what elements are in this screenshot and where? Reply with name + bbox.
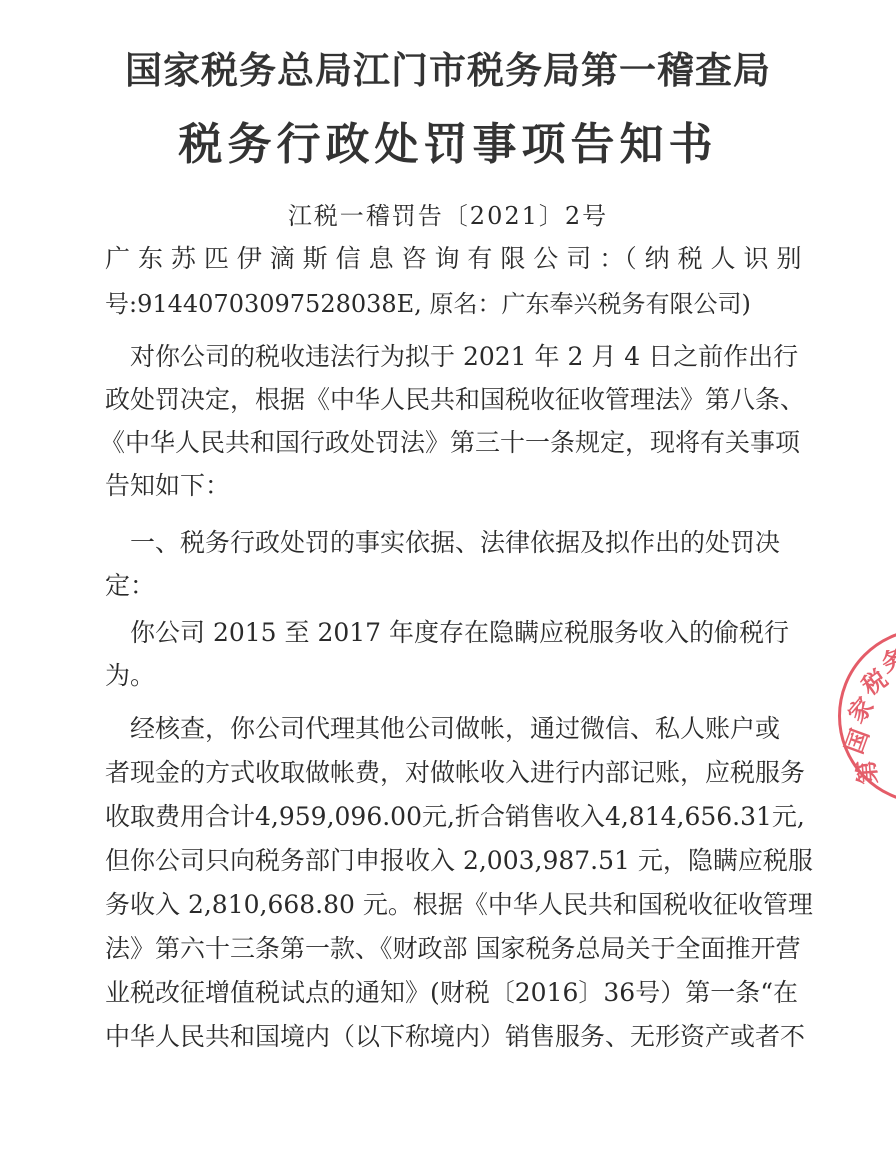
stamp-char: 国	[834, 723, 875, 758]
body-line: 政处罚决定，根据《中华人民共和国税收征收管理法》第八条、	[105, 385, 795, 415]
body-line: 《中华人民共和国行政处罚法》第三十一条规定，现将有关事项	[100, 428, 790, 458]
body-line: 收取费用合计4,959,096.00元,折合销售收入4,814,656.31元,	[105, 802, 795, 832]
document-page: 国家税务总局江门市税务局第一稽查局 税务行政处罚事项告知书 江税一稽罚告〔202…	[0, 0, 896, 1164]
body-line: 业税改征增值税试点的通知》(财税〔2016〕36号）第一条“在	[105, 978, 795, 1008]
document-number: 江税一稽罚告〔2021〕2号	[0, 196, 896, 231]
body-line: 者现金的方式收取做帐费，对做帐收入进行内部记账，应税服务	[105, 758, 795, 788]
body-line: 你公司 2015 至 2017 年度存在隐瞒应税服务收入的偷税行	[105, 618, 795, 648]
body-line: 告知如下：	[105, 471, 795, 501]
section-heading: 一、税务行政处罚的事实依据、法律依据及拟作出的处罚决	[105, 528, 795, 558]
body-line: 法》第六十三条第一款、《财政部 国家税务总局关于全面推开营	[105, 934, 795, 964]
body-line: 经核查，你公司代理其他公司做帐，通过微信、私人账户或	[105, 714, 795, 744]
document-title: 税务行政处罚事项告知书	[0, 108, 896, 172]
body-line: 中华人民共和国境内（以下称境内）销售服务、无形资产或者不	[105, 1022, 795, 1052]
body-line: 广 东 苏 匹 伊 滴 斯 信 息 咨 询 有 限 公 司 ：（ 纳 税 人 识…	[105, 244, 795, 274]
body-line: 为。	[105, 661, 795, 691]
official-seal-stamp: 国 家 税 务 第	[838, 628, 896, 804]
body-line: 对你公司的税收违法行为拟于 2021 年 2 月 4 日之前作出行	[105, 342, 795, 372]
body-line: 号:91440703097528038E, 原名：广东奉兴税务有限公司)	[105, 289, 795, 319]
body-line: 但你公司只向税务部门申报收入 2,003,987.51 元，隐瞒应税服	[105, 846, 795, 876]
issuing-organization: 国家税务总局江门市税务局第一稽查局	[0, 40, 896, 94]
stamp-char: 第	[847, 759, 884, 786]
body-line: 务收入 2,810,668.80 元。根据《中华人民共和国税收征收管理	[105, 890, 795, 920]
body-line: 定：	[105, 571, 795, 601]
